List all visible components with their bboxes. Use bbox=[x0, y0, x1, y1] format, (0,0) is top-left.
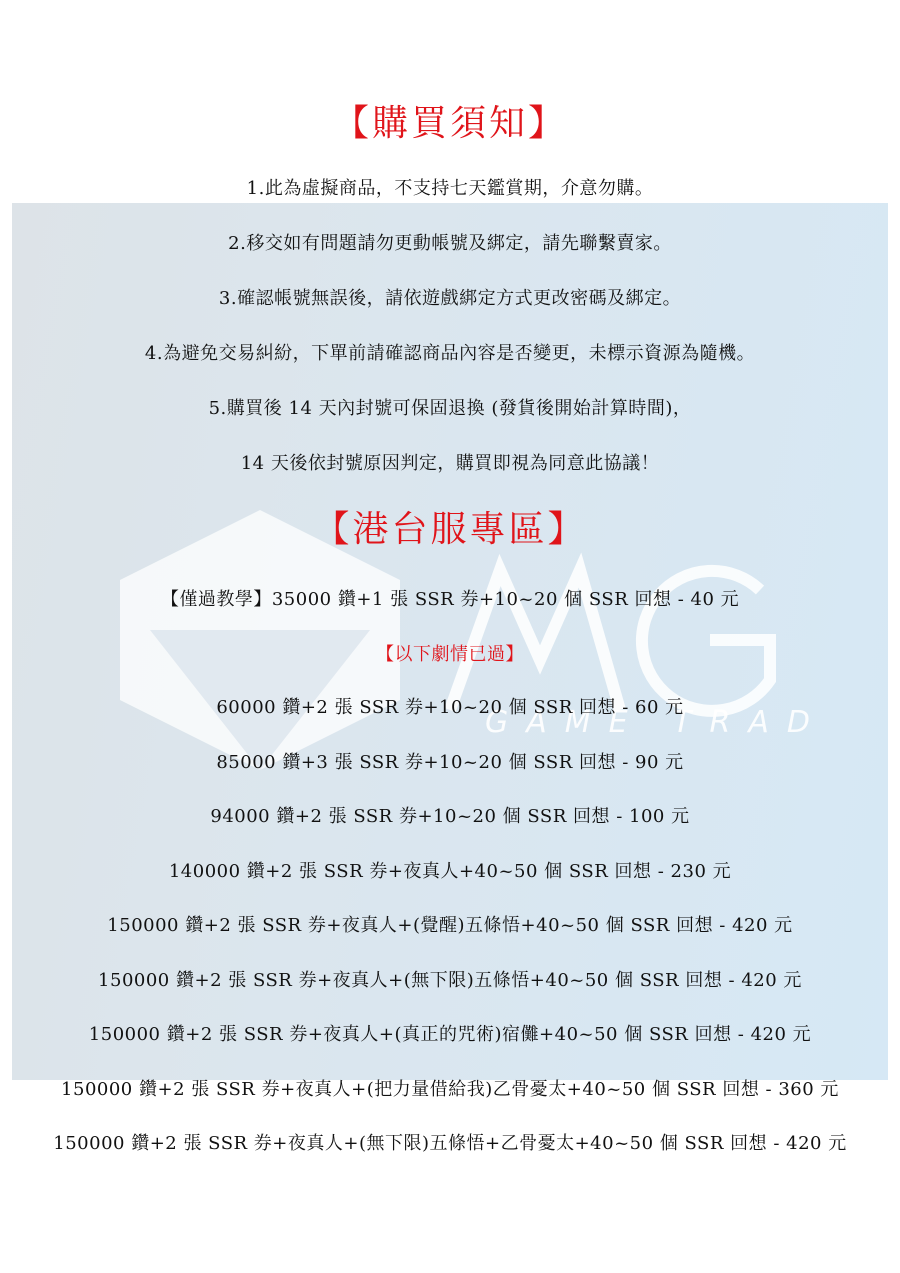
notice-item-1: 1.此為虛擬商品，不支持七天鑑賞期，介意勿購。 bbox=[0, 177, 900, 201]
list-item: 60000 鑽+2 張 SSR 券+10~20 個 SSR 回想 - 60 元 bbox=[0, 696, 900, 720]
list-item: 94000 鑽+2 張 SSR 券+10~20 個 SSR 回想 - 100 元 bbox=[0, 805, 900, 829]
list-item: 150000 鑽+2 張 SSR 券+夜真人+(真正的咒術)宿儺+40~50 個… bbox=[0, 1023, 900, 1047]
list-item: 150000 鑽+2 張 SSR 券+夜真人+(把力量借給我)乙骨憂太+40~5… bbox=[0, 1078, 900, 1102]
list-item: 150000 鑽+2 張 SSR 券+夜真人+(無下限)五條悟+乙骨憂太+40~… bbox=[0, 1132, 900, 1156]
list-item: 85000 鑽+3 張 SSR 券+10~20 個 SSR 回想 - 90 元 bbox=[0, 751, 900, 775]
list-item: 150000 鑽+2 張 SSR 券+夜真人+(無下限)五條悟+40~50 個 … bbox=[0, 969, 900, 993]
tutorial-item: 【僅過教學】35000 鑽+1 張 SSR 券+10~20 個 SSR 回想 -… bbox=[0, 588, 900, 612]
section-title: 【港台服專區】 bbox=[0, 508, 900, 552]
list-item: 150000 鑽+2 張 SSR 券+夜真人+(覺醒)五條悟+40~50 個 S… bbox=[0, 914, 900, 938]
notice-title: 【購買須知】 bbox=[0, 102, 900, 146]
document-body: 【購買須知】 1.此為虛擬商品，不支持七天鑑賞期，介意勿購。 2.移交如有問題請… bbox=[0, 0, 900, 1273]
notice-item-2: 2.移交如有問題請勿更動帳號及綁定，請先聯繫賣家。 bbox=[0, 232, 900, 256]
notice-item-5: 5.購買後 14 天內封號可保固退換 (發貨後開始計算時間)， bbox=[0, 397, 900, 421]
notice-item-4: 4.為避免交易糾紛，下單前請確認商品內容是否變更，未標示資源為隨機。 bbox=[0, 342, 900, 366]
notice-item-3: 3.確認帳號無誤後，請依遊戲綁定方式更改密碼及綁定。 bbox=[0, 287, 900, 311]
list-item: 140000 鑽+2 張 SSR 券+夜真人+40~50 個 SSR 回想 - … bbox=[0, 860, 900, 884]
notice-item-5-cont: 14 天後依封號原因判定，購買即視為同意此協議！ bbox=[0, 452, 900, 476]
story-cleared-label: 【以下劇情已過】 bbox=[0, 643, 900, 667]
